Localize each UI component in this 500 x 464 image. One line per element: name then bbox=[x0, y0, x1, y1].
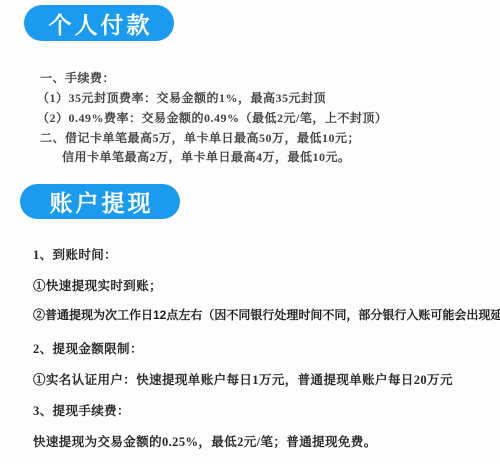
payment-fee-rule-1: （1）35元封顶费率：交易金额的1%，最高35元封顶 bbox=[37, 89, 326, 106]
payment-fee-rule-2: （2）0.49%费率：交易金额的0.49%（最低2元/笔，上不封顶） bbox=[37, 109, 387, 126]
withdraw-fast-arrival: ①快速提现实时到账； bbox=[33, 276, 162, 294]
fee-info-page: 个人付款 一、手续费： （1）35元封顶费率：交易金额的1%，最高35元封顶 （… bbox=[0, 0, 500, 464]
personal-payment-badge: 个人付款 bbox=[24, 5, 174, 41]
withdraw-fee-heading: 3、提现手续费： bbox=[33, 401, 130, 419]
withdraw-normal-arrival: ②普通提现为次工作日12点左右（因不同银行处理时间不同，部分银行入账可能会出现延… bbox=[33, 306, 500, 323]
withdraw-arrival-heading: 1、到账时间： bbox=[33, 245, 117, 263]
withdraw-limit-detail: ①实名认证用户：快速提现单账户每日1万元，普通提现单账户每日20万元 bbox=[33, 370, 453, 388]
account-withdraw-badge: 账户提现 bbox=[20, 184, 180, 219]
payment-fee-heading: 一、手续费： bbox=[40, 69, 115, 86]
payment-limit-credit: 信用卡单笔最高2万，单卡单日最高4万，最低10元。 bbox=[62, 148, 351, 165]
withdraw-limit-heading: 2、提现金额限制： bbox=[33, 339, 143, 357]
payment-limit-debit: 二、借记卡单笔最高5万，单卡单日最高50万，最低10元； bbox=[40, 129, 360, 146]
withdraw-fee-detail: 快速提现为交易金额的0.25%，最低2元/笔；普通提现免费。 bbox=[33, 432, 377, 450]
